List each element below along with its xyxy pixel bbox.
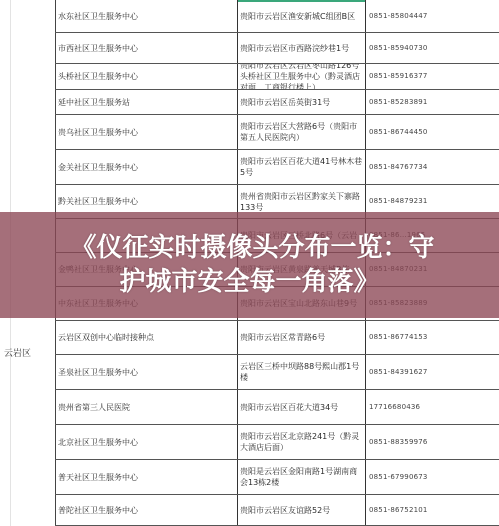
- phone-cell[interactable]: 0851-86744450: [366, 115, 499, 149]
- phone-cell[interactable]: 0851-85804447: [366, 0, 499, 32]
- table-row[interactable]: 金关社区卫生服务中心贵阳市云岩区百花大道41号林木巷5号0851-8476773…: [55, 150, 499, 185]
- address-cell[interactable]: 贵阳市云岩区友谊路52号: [238, 495, 366, 525]
- table-row[interactable]: 圣泉社区卫生服务中心云岩区三桥中坝路88号熙山郡1号楼0851-84391627: [55, 355, 499, 390]
- address-cell[interactable]: 贵阳市云岩区云岩区枣山路126号头桥社区卫生服务中心（黔灵酒店对面，工商银行楼上…: [238, 64, 366, 89]
- phone-cell[interactable]: 0851-85940730: [366, 33, 499, 63]
- table-row[interactable]: 普陀社区卫生服务中心贵阳市云岩区友谊路52号0851-86752101: [55, 495, 499, 526]
- table-row[interactable]: 头桥社区卫生服务中心贵阳市云岩区云岩区枣山路126号头桥社区卫生服务中心（黔灵酒…: [55, 64, 499, 90]
- address-cell[interactable]: 云岩区三桥中坝路88号熙山郡1号楼: [238, 355, 366, 389]
- table-row[interactable]: 市西社区卫生服务中心贵阳市云岩区市西路浣纱巷1号0851-85940730: [55, 33, 499, 64]
- name-cell[interactable]: 金关社区卫生服务中心: [55, 150, 238, 184]
- phone-cell[interactable]: 0851-85283891: [366, 90, 499, 114]
- table-row[interactable]: 普天社区卫生服务中心贵阳是云岩区金阳南路1号湖南商会13栋2楼0851-6799…: [55, 460, 499, 495]
- name-cell[interactable]: 贵州省第三人民医院: [55, 390, 238, 424]
- table-row[interactable]: 贵州省第三人民医院贵阳市云岩区百花大道34号17716680436: [55, 390, 499, 425]
- name-cell[interactable]: 水东社区卫生服务中心: [55, 0, 238, 32]
- name-cell[interactable]: 北京社区卫生服务中心: [55, 425, 238, 459]
- name-cell[interactable]: 普天社区卫生服务中心: [55, 460, 238, 494]
- address-cell[interactable]: 贵阳市云岩区市西路浣纱巷1号: [238, 33, 366, 63]
- phone-cell[interactable]: 0851-86774153: [366, 321, 499, 354]
- banner-title-line-2: 护城市安全每一角落》: [119, 265, 379, 299]
- address-cell[interactable]: 贵阳市云岩区大营路6号（贵阳市第五人民医院内）: [238, 115, 366, 149]
- name-cell[interactable]: 市西社区卫生服务中心: [55, 33, 238, 63]
- table-row[interactable]: 北京社区卫生服务中心贵阳市云岩区北京路241号（黔灵大酒店后面）0851-883…: [55, 425, 499, 460]
- address-cell[interactable]: 贵阳市云岩区北京路241号（黔灵大酒店后面）: [238, 425, 366, 459]
- phone-cell[interactable]: 0851-88359976: [366, 425, 499, 459]
- name-cell[interactable]: 云岩区双创中心临时接种点: [55, 321, 238, 354]
- address-cell[interactable]: 贵阳市云岩区渔安新城C组团B区: [238, 0, 366, 32]
- phone-cell[interactable]: 0851-85916377: [366, 64, 499, 89]
- phone-cell[interactable]: 17716680436: [366, 390, 499, 424]
- name-cell[interactable]: 贵乌社区卫生服务中心: [55, 115, 238, 149]
- phone-cell[interactable]: 0851-86752101: [366, 495, 499, 525]
- table-row[interactable]: 延中社区卫生服务站贵阳市云岩区岳英街31号0851-85283891: [55, 90, 499, 115]
- name-cell[interactable]: 延中社区卫生服务站: [55, 90, 238, 114]
- phone-cell[interactable]: 0851-84767734: [366, 150, 499, 184]
- banner-title: 《仪征实时摄像头分布一览：守 护城市安全每一角落》: [0, 212, 499, 318]
- phone-cell[interactable]: 0851-67990673: [366, 460, 499, 494]
- address-cell[interactable]: 贵阳市云岩区百花大道34号: [238, 390, 366, 424]
- table-row[interactable]: 贵乌社区卫生服务中心贵阳市云岩区大营路6号（贵阳市第五人民医院内）0851-86…: [55, 115, 499, 150]
- district-label: 云岩区: [4, 346, 31, 359]
- address-cell[interactable]: 贵阳市云岩区岳英街31号: [238, 90, 366, 114]
- name-cell[interactable]: 普陀社区卫生服务中心: [55, 495, 238, 525]
- table-row[interactable]: 水东社区卫生服务中心贵阳市云岩区渔安新城C组团B区0851-85804447: [55, 0, 499, 33]
- table-row[interactable]: 云岩区双创中心临时接种点贵阳市云岩区常青路6号0851-86774153: [55, 321, 499, 355]
- address-cell[interactable]: 贵阳是云岩区金阳南路1号湖南商会13栋2楼: [238, 460, 366, 494]
- address-cell[interactable]: 贵阳市云岩区常青路6号: [238, 321, 366, 354]
- banner-title-line-1: 《仪征实时摄像头分布一览：守: [70, 231, 434, 265]
- phone-cell[interactable]: 0851-84391627: [366, 355, 499, 389]
- address-cell[interactable]: 贵阳市云岩区百花大道41号林木巷5号: [238, 150, 366, 184]
- name-cell[interactable]: 头桥社区卫生服务中心: [55, 64, 238, 89]
- name-cell[interactable]: 圣泉社区卫生服务中心: [55, 355, 238, 389]
